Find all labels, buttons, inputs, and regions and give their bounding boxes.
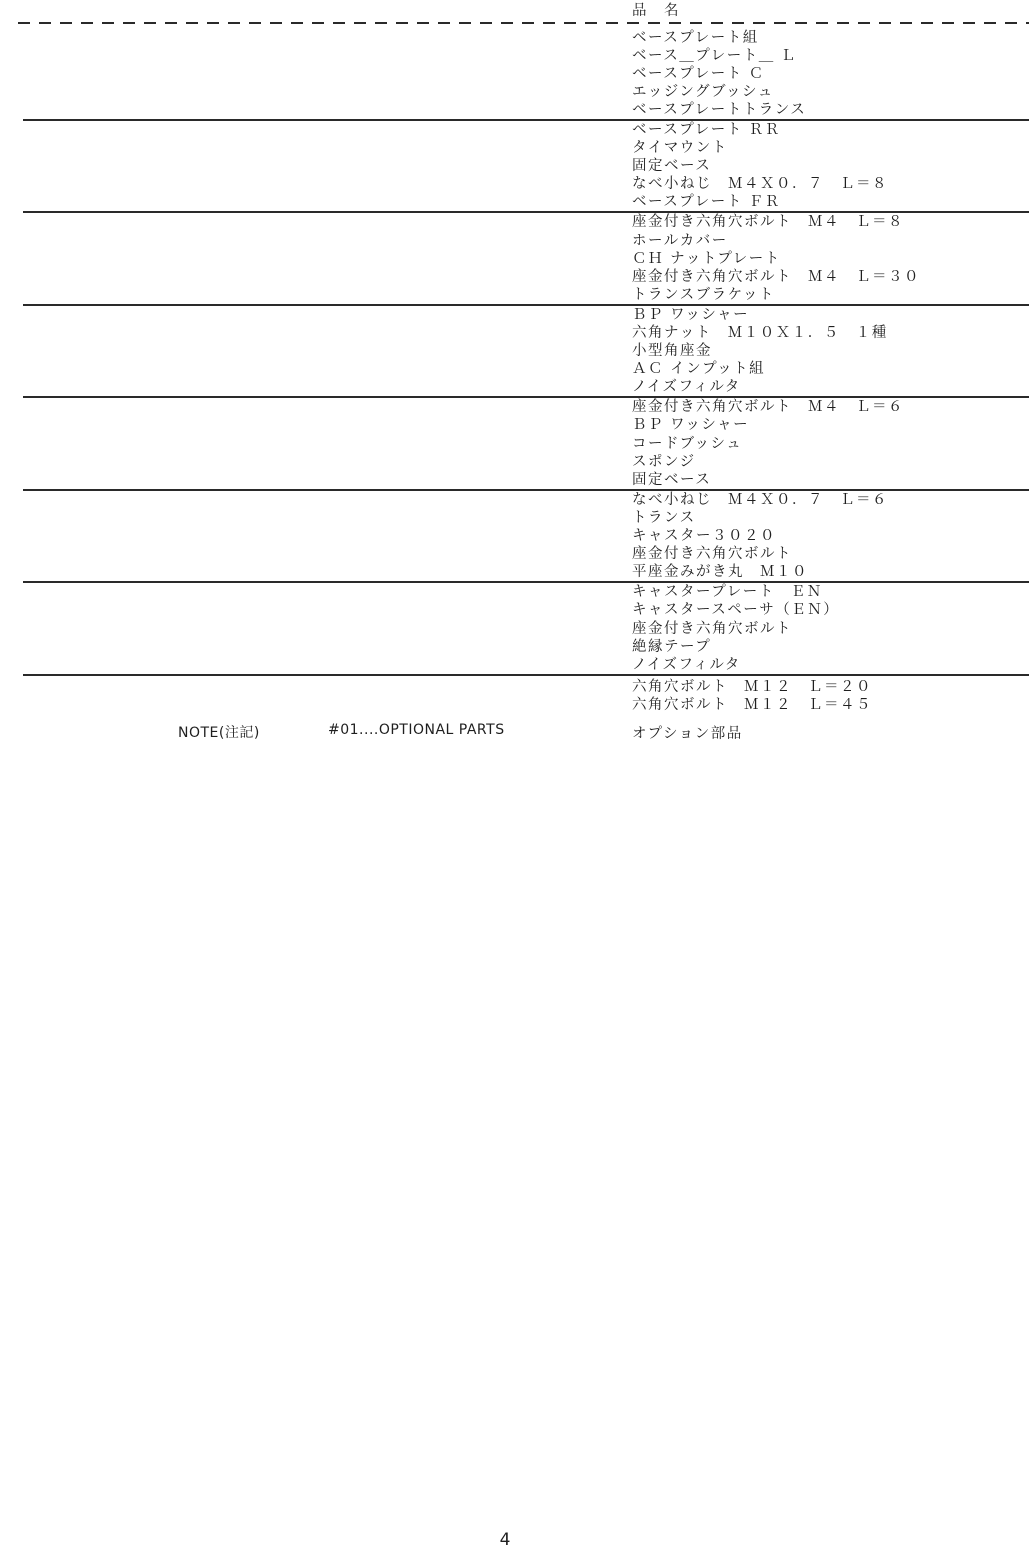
part-name-row: なべ小ねじ Ｍ４Ｘ０．７ Ｌ＝６ <box>632 491 1029 509</box>
parts-group: ベースプレート組 ベース＿プレート＿ Ｌ ベースプレート Ｃ エッジングブッシュ… <box>0 24 1029 119</box>
column-header-part-name: 品 名 <box>0 0 1029 22</box>
note-description-jp: オプション部品 <box>632 722 743 743</box>
part-name-row: 座金付き六角穴ボルト <box>632 620 1029 638</box>
part-name-row: 小型角座金 <box>632 342 1029 360</box>
part-name-row: ノイズフィルタ <box>632 656 1029 674</box>
part-name-row: ベースプレート組 <box>632 29 1029 47</box>
part-name-row: 座金付き六角穴ボルト Ｍ４ Ｌ＝８ <box>632 213 1029 231</box>
part-name-row: トランスブラケット <box>632 286 1029 304</box>
part-name-row: 座金付き六角穴ボルト Ｍ４ Ｌ＝６ <box>632 398 1029 416</box>
parts-group: ベースプレート ＲＲ タイマウント 固定ベース なべ小ねじ Ｍ４Ｘ０．７ Ｌ＝８… <box>0 121 1029 211</box>
part-name-row: エッジングブッシュ <box>632 83 1029 101</box>
parts-list-table: 品 名 ベースプレート組 ベース＿プレート＿ Ｌ ベースプレート Ｃ エッジング… <box>0 0 1029 740</box>
part-name-row: ホールカバー <box>632 232 1029 250</box>
document-page: 品 名 ベースプレート組 ベース＿プレート＿ Ｌ ベースプレート Ｃ エッジング… <box>0 0 1029 1563</box>
part-name-row: ＢＰ ワッシャー <box>632 416 1029 434</box>
parts-group: 座金付き六角穴ボルト Ｍ４ Ｌ＝８ ホールカバー ＣＨ ナットプレート 座金付き… <box>0 213 1029 303</box>
part-name-row: キャスタープレート ＥＮ <box>632 583 1029 601</box>
parts-group: キャスタープレート ＥＮ キャスタースペーサ（ＥＮ） 座金付き六角穴ボルト 絶縁… <box>0 583 1029 673</box>
parts-group: ＢＰ ワッシャー 六角ナット Ｍ１０Ｘ１．５ １種 小型角座金 ＡＣ インプット… <box>0 306 1029 396</box>
part-name-row: 固定ベース <box>632 471 1029 489</box>
part-name-row: 固定ベース <box>632 157 1029 175</box>
part-name-row: タイマウント <box>632 139 1029 157</box>
parts-group: 六角穴ボルト Ｍ１２ Ｌ＝２０ 六角穴ボルト Ｍ１２ Ｌ＝４５ <box>0 676 1029 714</box>
page-number: 4 <box>485 1530 525 1550</box>
part-name-row: コードブッシュ <box>632 435 1029 453</box>
part-name-row: ＡＣ インプット組 <box>632 360 1029 378</box>
part-name-row: 六角穴ボルト Ｍ１２ Ｌ＝４５ <box>632 696 1029 714</box>
parts-group: なべ小ねじ Ｍ４Ｘ０．７ Ｌ＝６ トランス キャスター３０２０ 座金付き六角穴ボ… <box>0 491 1029 581</box>
note-label: NOTE(注記) <box>178 722 260 742</box>
note-optional-parts-code: #01....OPTIONAL PARTS <box>328 722 505 738</box>
part-name-row: ベースプレート ＦＲ <box>632 193 1029 211</box>
part-name-row: キャスタースペーサ（ＥＮ） <box>632 601 1029 619</box>
part-name-row: ベースプレートトランス <box>632 101 1029 119</box>
part-name-row: 座金付き六角穴ボルト <box>632 545 1029 563</box>
part-name-row: なべ小ねじ Ｍ４Ｘ０．７ Ｌ＝８ <box>632 175 1029 193</box>
parts-group: 座金付き六角穴ボルト Ｍ４ Ｌ＝６ ＢＰ ワッシャー コードブッシュ スポンジ … <box>0 398 1029 488</box>
part-name-row: 絶縁テープ <box>632 638 1029 656</box>
part-name-row: 六角穴ボルト Ｍ１２ Ｌ＝２０ <box>632 678 1029 696</box>
part-name-row: ＢＰ ワッシャー <box>632 306 1029 324</box>
part-name-row: ベース＿プレート＿ Ｌ <box>632 47 1029 65</box>
part-name-row: 座金付き六角穴ボルト Ｍ４ Ｌ＝３０ <box>632 268 1029 286</box>
part-name-row: キャスター３０２０ <box>632 527 1029 545</box>
part-name-row: スポンジ <box>632 453 1029 471</box>
part-name-row: ＣＨ ナットプレート <box>632 250 1029 268</box>
part-name-row: トランス <box>632 509 1029 527</box>
part-name-row: ベースプレート ＲＲ <box>632 121 1029 139</box>
part-name-row: 六角ナット Ｍ１０Ｘ１．５ １種 <box>632 324 1029 342</box>
part-name-row: 平座金みがき丸 Ｍ１０ <box>632 563 1029 581</box>
part-name-row: ベースプレート Ｃ <box>632 65 1029 83</box>
note-row: NOTE(注記) #01....OPTIONAL PARTS オプション部品 <box>0 722 1029 740</box>
part-name-row: ノイズフィルタ <box>632 378 1029 396</box>
